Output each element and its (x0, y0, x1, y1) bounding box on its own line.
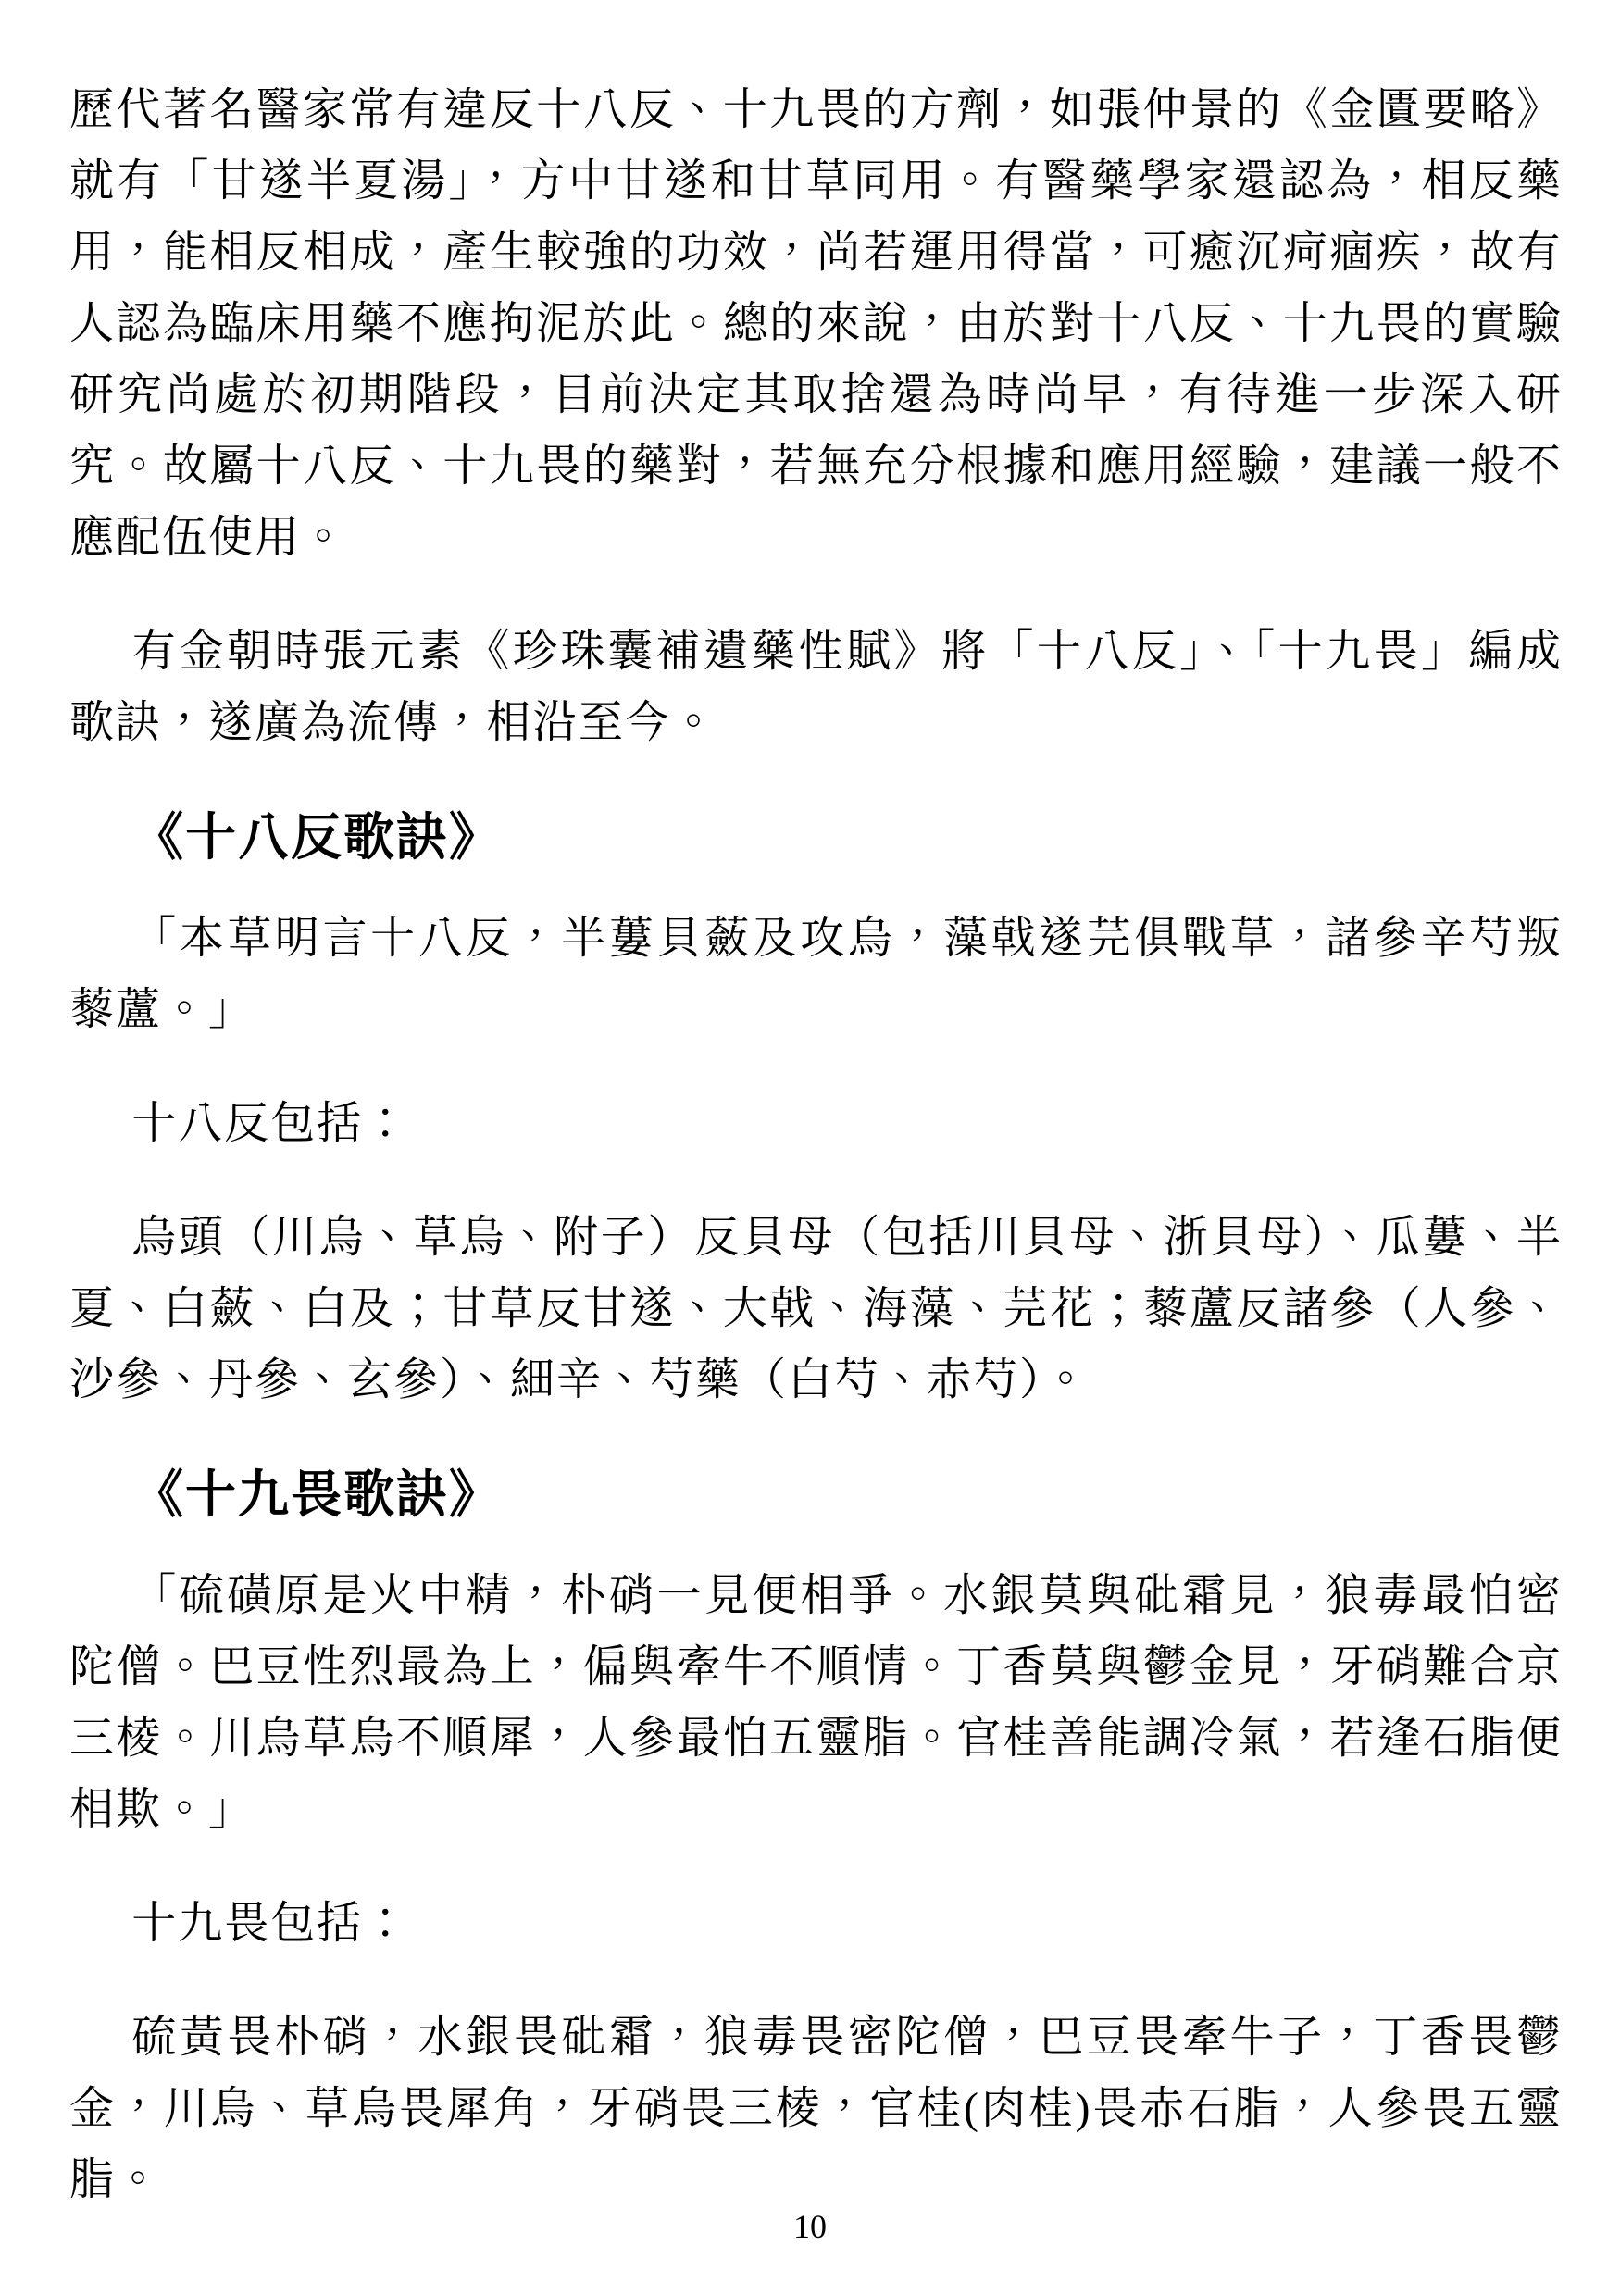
paragraph-verse-origin: 有金朝時張元素《珍珠囊補遺藥性賦》將「十八反」、「十九畏」編成歌訣，遂廣為流傳，… (69, 616, 1563, 758)
page-number: 10 (0, 2208, 1620, 2245)
paragraph-eighteen-verse: 「本草明言十八反，半蔞貝蘞及攻烏，藻戟遂芫俱戰草，諸參辛芍叛藜蘆。」 (69, 903, 1563, 1045)
paragraph-nineteen-verse: 「硫磺原是火中精，朴硝一見便相爭。水銀莫與砒霜見，狼毒最怕密陀僧。巴豆性烈最為上… (69, 1560, 1563, 1845)
label-nineteen-includes: 十九畏包括： (69, 1888, 1563, 1959)
paragraph-intro: 歷代著名醫家常有違反十八反、十九畏的方劑，如張仲景的《金匱要略》就有「甘遂半夏湯… (69, 74, 1563, 573)
heading-eighteen-antagonisms-verse: 《十八反歌訣》 (69, 801, 1563, 875)
paragraph-eighteen-list: 烏頭（川烏、草烏、附子）反貝母（包括川貝母、浙貝母）、瓜蔞、半夏、白蘞、白及；甘… (69, 1202, 1563, 1416)
paragraph-nineteen-list: 硫黃畏朴硝，水銀畏砒霜，狼毒畏密陀僧，巴豆畏牽牛子，丁香畏鬱金，川烏、草烏畏犀角… (69, 2002, 1563, 2215)
document-page: 歷代著名醫家常有違反十八反、十九畏的方劑，如張仲景的《金匱要略》就有「甘遂半夏湯… (0, 0, 1620, 2296)
heading-nineteen-fears-verse: 《十九畏歌訣》 (69, 1458, 1563, 1532)
label-eighteen-includes: 十八反包括： (69, 1088, 1563, 1159)
page-content: 歷代著名醫家常有違反十八反、十九畏的方劑，如張仲景的《金匱要略》就有「甘遂半夏湯… (69, 74, 1563, 2258)
